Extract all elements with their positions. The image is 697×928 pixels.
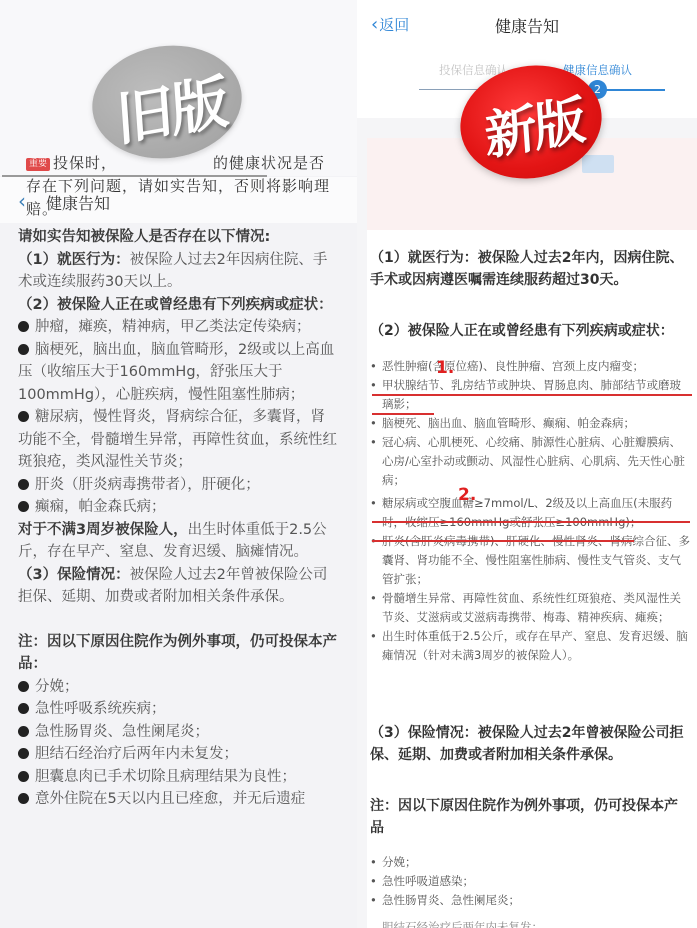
annotation-underline — [372, 413, 434, 415]
bullet-icon — [18, 748, 29, 759]
important-tag: 重要 — [26, 158, 50, 171]
bullet-icon — [18, 726, 29, 737]
new-section-2: （2）被保险人正在或曾经患有下列疾病或症状： — [370, 320, 690, 342]
old-bullet: 肝炎（肝炎病毒携带者），肝硬化； — [18, 474, 338, 497]
annotation-mark-1: 1. — [436, 358, 454, 378]
chevron-left-icon[interactable]: ‹ — [18, 189, 26, 213]
old-section-3: （3）保险情况：被保险人过去2年曾被保险公司拒保、延期、加费或者附加相关条件承保… — [18, 564, 338, 609]
redacted-name — [582, 155, 614, 173]
old-section-2: （2）被保险人正在或曾经患有下列疾病或症状： — [18, 294, 338, 317]
old-note: 注：因以下原因住院作为例外事项，仍可投保本产品： — [18, 631, 338, 676]
old-intro: 请如实告知被保险人是否存在以下情况: — [18, 226, 338, 249]
disease-item: 冠心病、心肌梗死、心绞痛、肺源性心脏病、心脏瓣膜病、心房/心室扑动或颤动、风湿性… — [370, 433, 692, 490]
disease-item: 恶性肿瘤(含原位癌)、良性肿瘤、宫颈上皮内瘤变； — [370, 357, 692, 376]
bullet-icon — [18, 793, 29, 804]
annotation-mark-2: 2. — [458, 485, 476, 505]
exception-item: 分娩； — [370, 853, 692, 872]
old-exception: 急性肠胃炎、急性阑尾炎； — [18, 721, 338, 744]
new-exception-list: 分娩； 急性呼吸道感染； 急性肠胃炎、急性阑尾炎； — [370, 853, 692, 910]
old-bullet: 肿瘤，瘫痪，精神病，甲乙类法定传染病； — [18, 316, 338, 339]
bullet-icon — [18, 344, 29, 355]
old-bullet: 脑梗死，脑出血，脑血管畸形，2级或以上高血压（收缩压大于160mmHg，舒张压大… — [18, 339, 338, 407]
old-exception: 分娩； — [18, 676, 338, 699]
new-disease-list: 恶性肿瘤(含原位癌)、良性肿瘤、宫颈上皮内瘤变； 甲状腺结节、乳房结节或肿块、胃… — [370, 357, 692, 665]
disease-item-highlighted: 糖尿病或空腹血糖≥7mmol/L、2级及以上高血压(未服药时，收缩压≥160mm… — [370, 494, 692, 532]
stepper-track-active — [603, 89, 665, 91]
bullet-icon — [18, 321, 29, 332]
new-section-3: （3）保险情况：被保险人过去2年曾被保险公司拒保、延期、加费或者附加相关条件承保… — [370, 722, 690, 766]
exception-item-cut-off: 胆结石经治疗后两年内未复发； — [382, 918, 543, 928]
bullet-icon — [18, 411, 29, 422]
important-notice-text: 重要投保时，的健康状况是否存在下列问题，请如实告知，否则将影响理赔。 — [26, 152, 336, 221]
new-section-1: （1）就医行为：被保险人过去2年内，因病住院、手术或因病遵医嘱需连续服药超过30… — [370, 247, 690, 291]
exception-item: 急性呼吸道感染； — [370, 872, 692, 891]
old-bullet: 癫痫，帕金森氏病； — [18, 496, 338, 519]
new-note: 注：因以下原因住院作为例外事项，仍可投保本产品 — [370, 795, 690, 839]
disease-item: 骨髓增生异常、再障性贫血、系统性红斑狼疮、类风湿性关节炎、艾滋病或艾滋病毒携带、… — [370, 589, 692, 627]
page-title: 健康告知 — [357, 14, 697, 37]
exception-item: 急性肠胃炎、急性阑尾炎； — [370, 891, 692, 910]
old-exception: 意外住院在5天以内且已痊愈，并无后遗症 — [18, 788, 338, 811]
old-health-disclosure-content: 请如实告知被保险人是否存在以下情况: （1）就医行为：被保险人过去2年因病住院、… — [18, 226, 338, 811]
spacer — [18, 609, 338, 631]
bullet-icon — [18, 681, 29, 692]
old-exception: 胆结石经治疗后两年内未复发； — [18, 743, 338, 766]
annotation-underline — [372, 394, 692, 396]
bullet-icon — [18, 501, 29, 512]
disease-item: 出生时体重低于2.5公斤，或存在早产、窒息、发育迟缓、脑瘫情况（针对未满3周岁的… — [370, 627, 692, 665]
old-section-1: （1）就医行为：被保险人过去2年因病住院、手术或连续服药30天以上。 — [18, 249, 338, 294]
bullet-icon — [18, 771, 29, 782]
bullet-icon — [18, 703, 29, 714]
annotation-underline — [372, 521, 690, 523]
bullet-icon — [18, 479, 29, 490]
old-infant-clause: 对于不满3周岁被保险人，出生时体重低于2.5公斤，存在早产、窒息、发育迟缓、脑瘫… — [18, 519, 338, 564]
annotation-underline — [372, 540, 634, 542]
old-bullet: 糖尿病，慢性肾炎，肾病综合征，多囊肾，肾功能不全，骨髓增生异常，再障性贫血，系统… — [18, 406, 338, 474]
disease-item: 脑梗死、脑出血、脑血管畸形、癫痫、帕金森病； — [370, 414, 692, 433]
old-exception: 胆囊息肉已手术切除且病理结果为良性； — [18, 766, 338, 789]
old-exception: 急性呼吸系统疾病； — [18, 698, 338, 721]
